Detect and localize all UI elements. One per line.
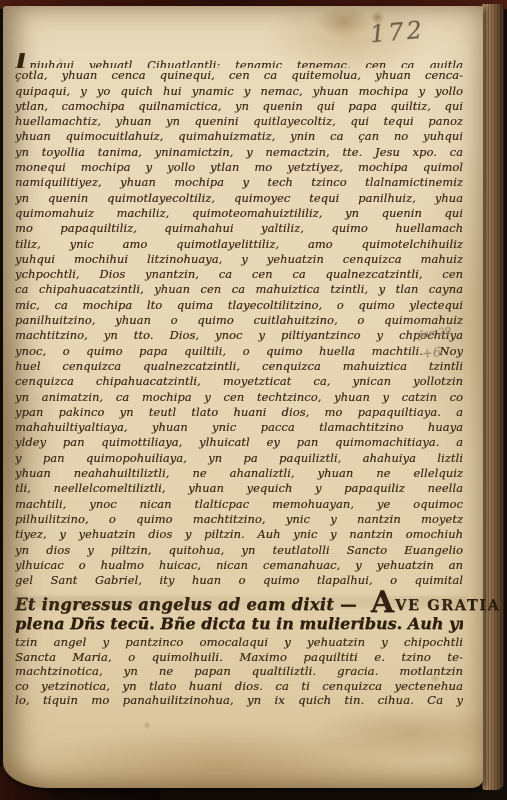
manuscript-line: pilhuilitzino, o quimo machtitzino, ynic… <box>15 512 463 527</box>
manuscript-line: ytlan, camochipa quilnamictica, yn queni… <box>15 99 463 114</box>
text-column: Iniuhqui yehuatl Cihuatlantli: tenamic t… <box>15 53 463 707</box>
manuscript-line: co yetzinotica, yn tlato huani dios. ca … <box>15 679 463 693</box>
manuscript-line: namiquilitiyez, yhuan mochipa y tech tzi… <box>15 175 463 190</box>
manuscript-page: 172 Iniuhqui yehuatl Cihuatlantli: tenam… <box>3 6 483 788</box>
manuscript-line: yn animatzin, ca mochipa y cen techtzinc… <box>15 390 463 405</box>
manuscript-line: yuhqui mochihui litzinohuaya, y yehuatzi… <box>15 252 463 267</box>
manuscript-line: yhuan neahahuiltiliztli, ne ahanaliztli,… <box>15 466 463 481</box>
decorated-initial-a: A <box>371 593 394 613</box>
manuscript-line: yn toyollia tanima, yninamictzin, y nema… <box>15 145 463 160</box>
manuscript-line: panilhuitzino, yhuan o quimo cuitlahuitz… <box>15 313 463 328</box>
manuscript-line: yhuan quimocuitlahuiz, quimahuizmatiz, y… <box>15 129 463 144</box>
manuscript-line: tzin angel y pantzinco omocalaqui y yehu… <box>15 635 463 649</box>
latin-heading: Et ingressus angelus ad eam dixit — A VE… <box>15 591 463 635</box>
page-fore-edge-stack <box>482 4 504 790</box>
folio-number: 172 <box>369 16 426 49</box>
manuscript-line: ca chipahuacatzintli, yhuan cen ca mahui… <box>15 282 463 297</box>
manuscript-line: ypan pakinco yn teutl tlato huani dios, … <box>15 405 463 420</box>
manuscript-line: huel cenquizca qualnezcatzintli, cenquiz… <box>15 359 463 374</box>
post-heading-text-block: tzin angel y pantzinco omocalaqui y yehu… <box>15 635 463 707</box>
manuscript-line: cenquizca chipahuacatzintli, moyetzticat… <box>15 374 463 389</box>
manuscript-line: Iniuhqui yehuatl Cihuatlantli: tenamic t… <box>15 53 463 68</box>
manuscript-line: quimomahuiz machiliz, quimoteomahuiztili… <box>15 206 463 221</box>
manuscript-line: tiliz, ynic amo quimotlayelittiliz, amo … <box>15 237 463 252</box>
manuscript-photo: { "folio": { "number": "172" }, "margina… <box>0 0 507 800</box>
manuscript-line: ychpochtli, Dios ynantzin, ca cen ca qua… <box>15 267 463 282</box>
manuscript-line: ylhuicac o hualmo huicac, nican cemanahu… <box>15 558 463 573</box>
manuscript-line: machtitzino, yn tto. Dios, ynoc y piltiy… <box>15 328 463 343</box>
manuscript-line: huellamachtiz, yhuan yn quenini quitlaye… <box>15 114 463 129</box>
heading-line-1: Et ingressus angelus ad eam dixit — A VE… <box>15 591 463 613</box>
manuscript-line: tiyez, y yehuatzin dios y piltzin. Auh y… <box>15 527 463 542</box>
manuscript-line: mahahuiltiyaltiaya, yhuan ynic pacca tla… <box>15 420 463 435</box>
manuscript-line: monequi mochipa y yollo ytlan mo yetztiy… <box>15 160 463 175</box>
manuscript-line: çotla, yhuan cenca quinequi, cen ca quit… <box>15 68 463 83</box>
manuscript-line: ynoc, o quimo papa quiltili, o quimo hue… <box>15 344 463 359</box>
manuscript-line: yn dios y piltzin, quitohua, yn teutlato… <box>15 543 463 558</box>
manuscript-line: gel Sant Gabriel, ity huan o quimo tlapa… <box>15 573 463 588</box>
manuscript-line: tli, neellelcomeltiliztli, yhuan yequich… <box>15 481 463 496</box>
manuscript-line: yldey pan quimottiliaya, ylhuicatl ey pa… <box>15 435 463 450</box>
heading-latin-intro: Et ingressus angelus ad eam dixit — <box>15 594 357 615</box>
body-text-block: Iniuhqui yehuatl Cihuatlantli: tenamic t… <box>15 53 463 588</box>
manuscript-line: quipaqui, y yo quich hui ynamic y nemac,… <box>15 84 463 99</box>
manuscript-line: mo papaquiltiliz, quimahahui yaltiliz, q… <box>15 221 463 236</box>
marginal-cross-mark: +6 <box>421 345 441 362</box>
manuscript-line: Sancta Maria, o quimolhuili. Maximo paqu… <box>15 650 463 664</box>
manuscript-line: y pan quimopohuiliaya, yn pa paquiliztli… <box>15 451 463 466</box>
manuscript-line: yn quenin quimotlayecoltiliz, quimoyec t… <box>15 191 463 206</box>
manuscript-line: lo, tiquin mo panahuilitzinohua, yn ix q… <box>15 693 463 707</box>
manuscript-line: machtzinotica, yn ne papan qualtiliztli.… <box>15 664 463 678</box>
manuscript-line: mic, ca mochipa lto quima tlayecoltilitz… <box>15 298 463 313</box>
manuscript-line: machtili, ynoc nican tlalticpac memohuay… <box>15 497 463 512</box>
heading-line-2: plena Dñs tecū. Bñe dicta tu in mulierib… <box>15 613 463 635</box>
